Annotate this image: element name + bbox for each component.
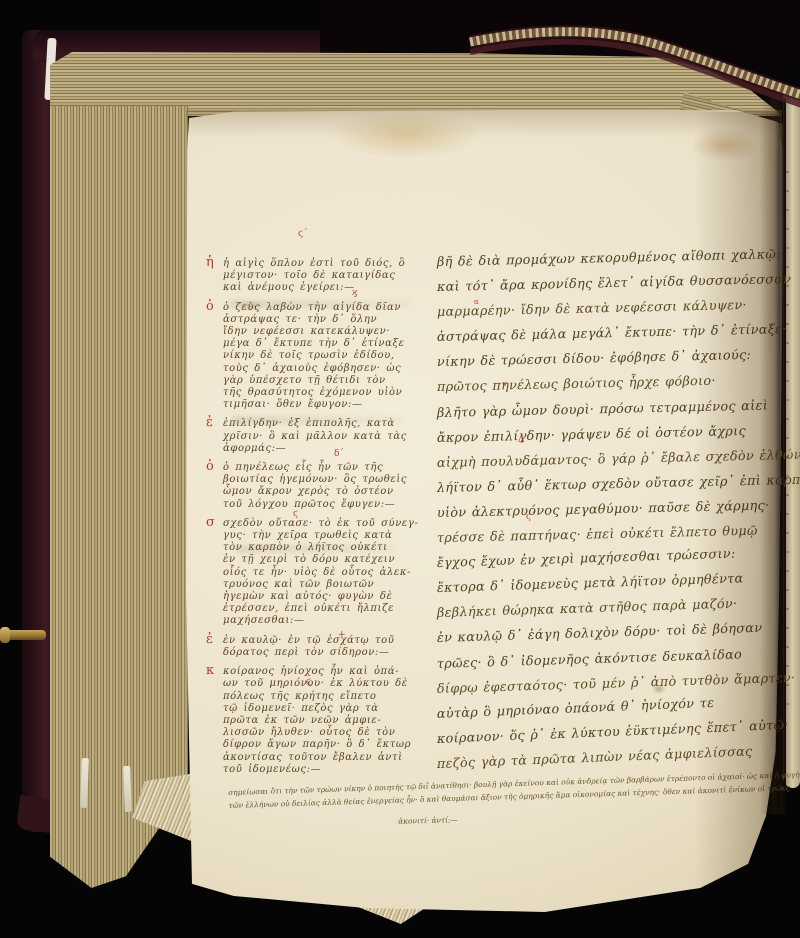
scholion-line: σχεδὸν οὔτασε· τὸ ἐκ τοῦ σύνεγ- bbox=[223, 518, 426, 530]
scholion-line: δίφρον ἄγων παρῆν· ὃ δ᾽ ἕκτωρ bbox=[223, 739, 426, 751]
rubricated-initial: ἐ bbox=[206, 634, 214, 646]
scholion-line: τρυόνος καὶ τῶν βοιωτῶν bbox=[223, 579, 426, 591]
scholion-block: σ σχεδὸν οὔτασε· τὸ ἐκ τοῦ σύνεγ-γυς· τὴ… bbox=[206, 518, 426, 628]
scholion-line: ἀστράψας τε· τὴν δ᾽ ὅλην bbox=[223, 314, 426, 326]
scholion-line: οἷός τε ἦν· υἱὸς δὲ οὗτος ἀλεκ- bbox=[223, 567, 426, 579]
rubricated-initial: ἐ bbox=[206, 417, 214, 429]
scholion-line: ἡγεμὼν καὶ αὐτός· φυγὼν δὲ bbox=[223, 591, 426, 603]
scholion-line: τοῦ λόγχου πρῶτος ἔφυγεν:— bbox=[223, 499, 426, 511]
scholion-line: δόρατος περὶ τὸν σίδηρον:— bbox=[223, 647, 426, 659]
scholion-line: ἀκοντίσας τοῦτον ἔβαλεν ἀντὶ bbox=[223, 752, 426, 764]
scholion-line: ων τοῦ μηριόνου· ἐκ λύκτου δὲ bbox=[223, 678, 426, 690]
scholion-line: χρῖσιν· ὃ καὶ μᾶλλον κατὰ τὰς bbox=[223, 431, 426, 443]
scholion-line: νίκην δὲ τοῖς τρωσὶν ἐδίδου, bbox=[223, 350, 426, 362]
scholion-lines: ἐπιλίγδην· ἐξ ἐπιπολῆς, κατὰχρῖσιν· ὃ κα… bbox=[223, 418, 426, 455]
scholion-line: καὶ ἀνέμους ἐγείρει:— bbox=[223, 282, 426, 294]
scholion-line: μέγα δ᾽ ἔκτυπε τὴν δ᾽ ἐτίναξε bbox=[223, 338, 426, 350]
scholion-line: ἴδην νεφέεσσι κατεκάλυψεν· bbox=[223, 326, 426, 338]
scholion-lines: σχεδὸν οὔτασε· τὸ ἐκ τοῦ σύνεγ-γυς· τὴν … bbox=[223, 518, 426, 628]
scholion-lines: ὁ πηνέλεως εἷς ἦν τῶν τῆςβοιωτίας ἡγεμόν… bbox=[223, 462, 426, 511]
scholion-line: λισσῶν ἤλυθεν· οὗτος δὲ τὸν bbox=[223, 727, 426, 739]
scholion-lines: ἐν καυλῷ· ἐν τῷ ἐσχάτῳ τοῦδόρατος περὶ τ… bbox=[223, 635, 426, 659]
scholion-lines: ὁ ζεὺς λαβὼν τὴν αἰγίδα δῖανἀστράψας τε·… bbox=[223, 302, 426, 412]
scholion-lines: ἡ αἰγὶς ὅπλον ἐστὶ τοῦ διός, ὃμέγιστον· … bbox=[223, 258, 426, 295]
scholion-block: ἐ ἐπιλίγδην· ἐξ ἐπιπολῆς, κατὰχρῖσιν· ὃ … bbox=[206, 418, 426, 455]
scholion-line: τοῦ ἰδομενέως:— bbox=[223, 764, 426, 776]
scholion-lines: κοίρανος ἡνίοχος ἦν καὶ ὀπά-ων τοῦ μηριό… bbox=[223, 666, 426, 776]
scholion-line: ὁ ζεὺς λαβὼν τὴν αἰγίδα δῖαν bbox=[223, 302, 426, 314]
scholion-line: ἀφορμάς:— bbox=[223, 443, 426, 455]
scholion-line: τιμῆσαι· ὅθεν ἔφυγον:— bbox=[223, 399, 426, 411]
scholion-block: ἐ ἐν καυλῷ· ἐν τῷ ἐσχάτῳ τοῦδόρατος περὶ… bbox=[206, 635, 426, 659]
scholion-line: πρῶτα ἐκ τῶν νεῶν ἀμφιε- bbox=[223, 715, 426, 727]
scholion-line: τὸν καρπὸν ὁ λήϊτος οὐκέτι bbox=[223, 542, 426, 554]
scholion-line: μέγιστον· τοῖο δὲ καταιγίδας bbox=[223, 270, 426, 282]
scholion-block: κ κοίρανος ἡνίοχος ἦν καὶ ὀπά-ων τοῦ μηρ… bbox=[206, 666, 426, 776]
page-stack-left-edge bbox=[50, 106, 188, 888]
scholion-line: γὰρ ὑπέσχετο τῇ θέτιδι τὸν bbox=[223, 375, 426, 387]
scholion-line: ἐπιλίγδην· ἐξ ἐπιπολῆς, κατὰ bbox=[223, 418, 426, 430]
scholia-column: ἡ ἡ αἰγὶς ὅπλον ἐστὶ τοῦ διός, ὃμέγιστον… bbox=[206, 258, 426, 783]
rubricated-initial: ὁ bbox=[206, 461, 214, 473]
scholion-line: γυς· τὴν χεῖρα τρωθεὶς κατὰ bbox=[223, 530, 426, 542]
scholion-line: κοίρανος ἡνίοχος ἦν καὶ ὀπά- bbox=[223, 666, 426, 678]
manuscript-photo: ἡ ἡ αἰγὶς ὅπλον ἐστὶ τοῦ διός, ὃμέγιστον… bbox=[0, 0, 800, 938]
scholion-line: ὁ πηνέλεως εἷς ἦν τῶν τῆς bbox=[223, 462, 426, 474]
scholion-line: τοὺς δ᾽ ἀχαιοὺς ἐφόβησεν· ὡς bbox=[223, 363, 426, 375]
rubricated-initial: κ bbox=[206, 665, 215, 677]
scholion-line: τῆς θρασύτητος ἐχόμενον υἱὸν bbox=[223, 387, 426, 399]
scholion-line: ὦμον ἄκρον χερὸς τὸ ὀστέον bbox=[223, 486, 426, 498]
scholion-block: ὁ ὁ ζεὺς λαβὼν τὴν αἰγίδα δῖανἀστράψας τ… bbox=[206, 302, 426, 412]
scholion-block: ἡ ἡ αἰγὶς ὅπλον ἐστὶ τοῦ διός, ὃμέγιστον… bbox=[206, 258, 426, 295]
page-curl-shading bbox=[694, 112, 780, 902]
scholion-line: ἐν τῇ χειρὶ τὸ δόρυ κατέχειν bbox=[223, 554, 426, 566]
scholion-block: ὁ ὁ πηνέλεως εἷς ἦν τῶν τῆςβοιωτίας ἡγεμ… bbox=[206, 462, 426, 511]
rubricated-initial: σ bbox=[206, 517, 215, 529]
page-top-shading bbox=[186, 110, 782, 138]
scholion-line: πόλεως τῆς κρήτης εἵπετο bbox=[223, 691, 426, 703]
scholion-line: ἐν καυλῷ· ἐν τῷ ἐσχάτῳ τοῦ bbox=[223, 635, 426, 647]
scholion-line: ἡ αἰγὶς ὅπλον ἐστὶ τοῦ διός, ὃ bbox=[223, 258, 426, 270]
rubricated-initial: ὁ bbox=[206, 301, 214, 313]
scholion-line: τῷ ἰδομενεῖ· πεζὸς γὰρ τὰ bbox=[223, 703, 426, 715]
scholion-line: μαχήσεσθαι:— bbox=[223, 615, 426, 627]
scholion-line: βοιωτίας ἡγεμόνων· ὃς τρωθεὶς bbox=[223, 474, 426, 486]
rubricated-initial: ἡ bbox=[206, 257, 214, 269]
brass-clasp-pin bbox=[2, 630, 46, 640]
scholion-line: ἐτρέσσεν, ἐπεὶ οὐκέτι ἤλπιζε bbox=[223, 603, 426, 615]
